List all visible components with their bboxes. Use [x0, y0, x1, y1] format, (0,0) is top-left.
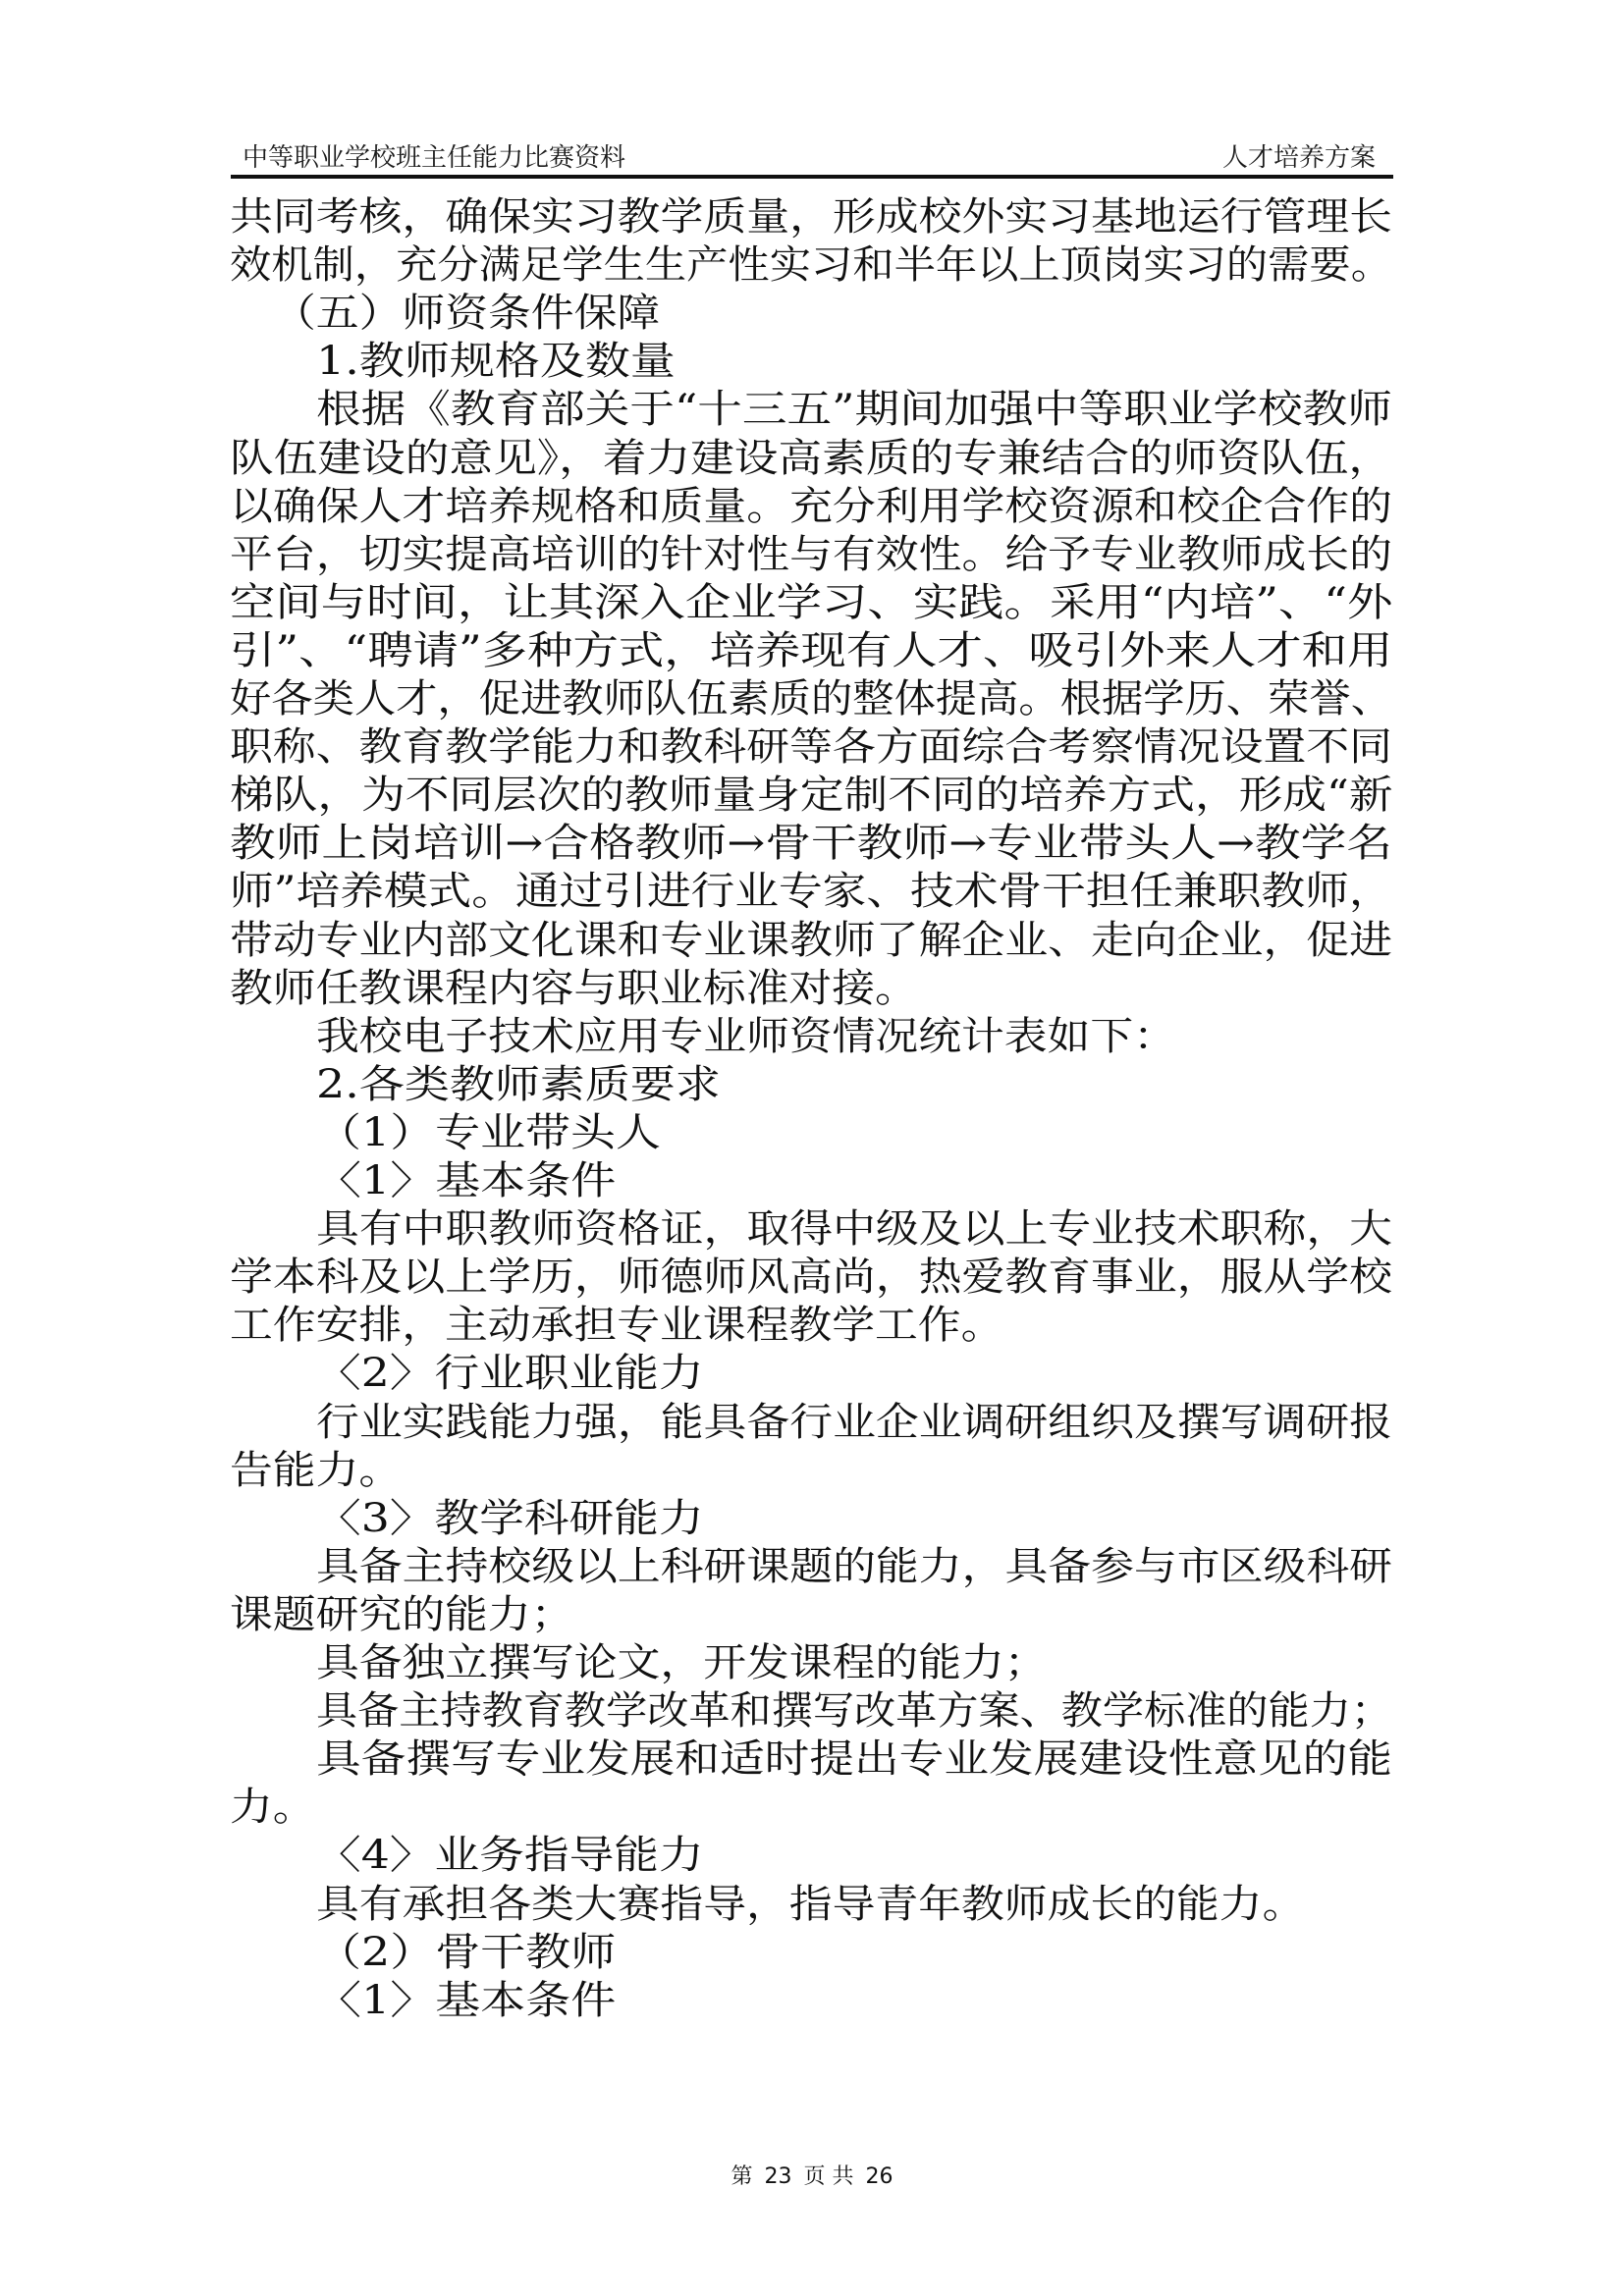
text-line: 梯队，为不同层次的教师量身定制不同的培养方式，形成“新	[230, 772, 1393, 820]
text-line: 学本科及以上学历，师德师风高尚，热爱教育事业，服从学校	[230, 1254, 1392, 1302]
text-line: （五）师资条件保障	[273, 290, 660, 338]
text-line: （1）专业带头人	[316, 1109, 661, 1157]
document-page: 中等职业学校班主任能力比赛资料 人才培养方案 共同考核，确保实习教学质量，形成校…	[0, 0, 1624, 2296]
text-line: 〈1〉基本条件	[316, 1157, 616, 1205]
header-divider	[231, 175, 1393, 179]
text-line: 我校电子技术应用专业师资情况统计表如下：	[316, 1013, 1176, 1061]
footer-middle: 页 共	[804, 2164, 854, 2189]
text-line: 平台，切实提高培训的针对性与有效性。给予专业教师成长的	[230, 531, 1392, 579]
footer-total-pages: 26	[866, 2164, 893, 2189]
text-line: 具备主持校级以上科研课题的能力，具备参与市区级科研	[316, 1543, 1392, 1591]
text-line: 〈4〉业务指导能力	[316, 1832, 704, 1880]
text-line: 2.各类教师素质要求	[316, 1061, 721, 1109]
text-line: 教师任教课程内容与职业标准对接。	[230, 965, 918, 1013]
text-line: 师”培养模式。通过引进行业专家、技术骨干担任兼职教师，	[230, 868, 1393, 916]
text-line: 教师上岗培训→合格教师→骨干教师→专业带头人→教学名	[230, 820, 1392, 868]
text-line: 工作安排，主动承担专业课程教学工作。	[230, 1302, 1003, 1350]
page-header: 中等职业学校班主任能力比赛资料 人才培养方案	[231, 143, 1393, 173]
text-line: 带动专业内部文化课和专业课教师了解企业、走向企业，促进	[230, 917, 1392, 965]
text-line: 队伍建设的意见》，着力建设高素质的专兼结合的师资队伍，	[230, 435, 1392, 483]
text-line: 具有中职教师资格证，取得中级及以上专业技术职称，大	[316, 1205, 1392, 1254]
text-line: 效机制，充分满足学生生产性实习和半年以上顶岗实习的需要。	[230, 241, 1392, 290]
text-line: 空间与时间，让其深入企业学习、实践。采用“内培”、“外	[230, 579, 1392, 627]
text-line: 具有承担各类大赛指导，指导青年教师成长的能力。	[316, 1881, 1305, 1929]
text-line: 〈3〉教学科研能力	[316, 1495, 704, 1543]
text-line: 课题研究的能力；	[230, 1591, 573, 1639]
text-line: 职称、教育教学能力和教科研等各方面综合考察情况设置不同	[230, 723, 1392, 772]
text-line: 行业实践能力强，能具备行业企业调研组织及撰写调研报	[316, 1399, 1392, 1447]
text-line: 〈2〉行业职业能力	[316, 1350, 704, 1398]
header-section-title: 人才培养方案	[1222, 143, 1376, 173]
text-line: 〈1〉基本条件	[316, 1977, 616, 2025]
footer-current-page: 23	[765, 2164, 792, 2189]
footer-prefix: 第	[731, 2164, 752, 2189]
text-line: 1.教师规格及数量	[316, 338, 676, 386]
text-line: 引”、“聘请”多种方式，培养现有人才、吸引外来人才和用	[230, 627, 1392, 675]
page-footer: 第23页 共26	[0, 2160, 1624, 2190]
header-document-title: 中等职业学校班主任能力比赛资料	[243, 143, 625, 173]
text-line: 共同考核，确保实习教学质量，形成校外实习基地运行管理长	[230, 193, 1392, 241]
text-line: 具备独立撰写论文，开发课程的能力；	[316, 1639, 1048, 1687]
text-line: 具备主持教育教学改革和撰写改革方案、教学标准的能力；	[316, 1687, 1392, 1735]
text-line: 以确保人才培养规格和质量。充分利用学校资源和校企合作的	[230, 483, 1392, 531]
text-line: 具备撰写专业发展和适时提出专业发展建设性意见的能	[316, 1735, 1392, 1784]
text-line: 告能力。	[230, 1447, 402, 1495]
text-line: 力。	[230, 1784, 316, 1832]
text-line: 好各类人才，促进教师队伍素质的整体提高。根据学历、荣誉、	[230, 675, 1392, 723]
text-line: （2）骨干教师	[316, 1929, 616, 1977]
text-line: 根据《教育部关于“十三五”期间加强中等职业学校教师	[316, 386, 1392, 434]
